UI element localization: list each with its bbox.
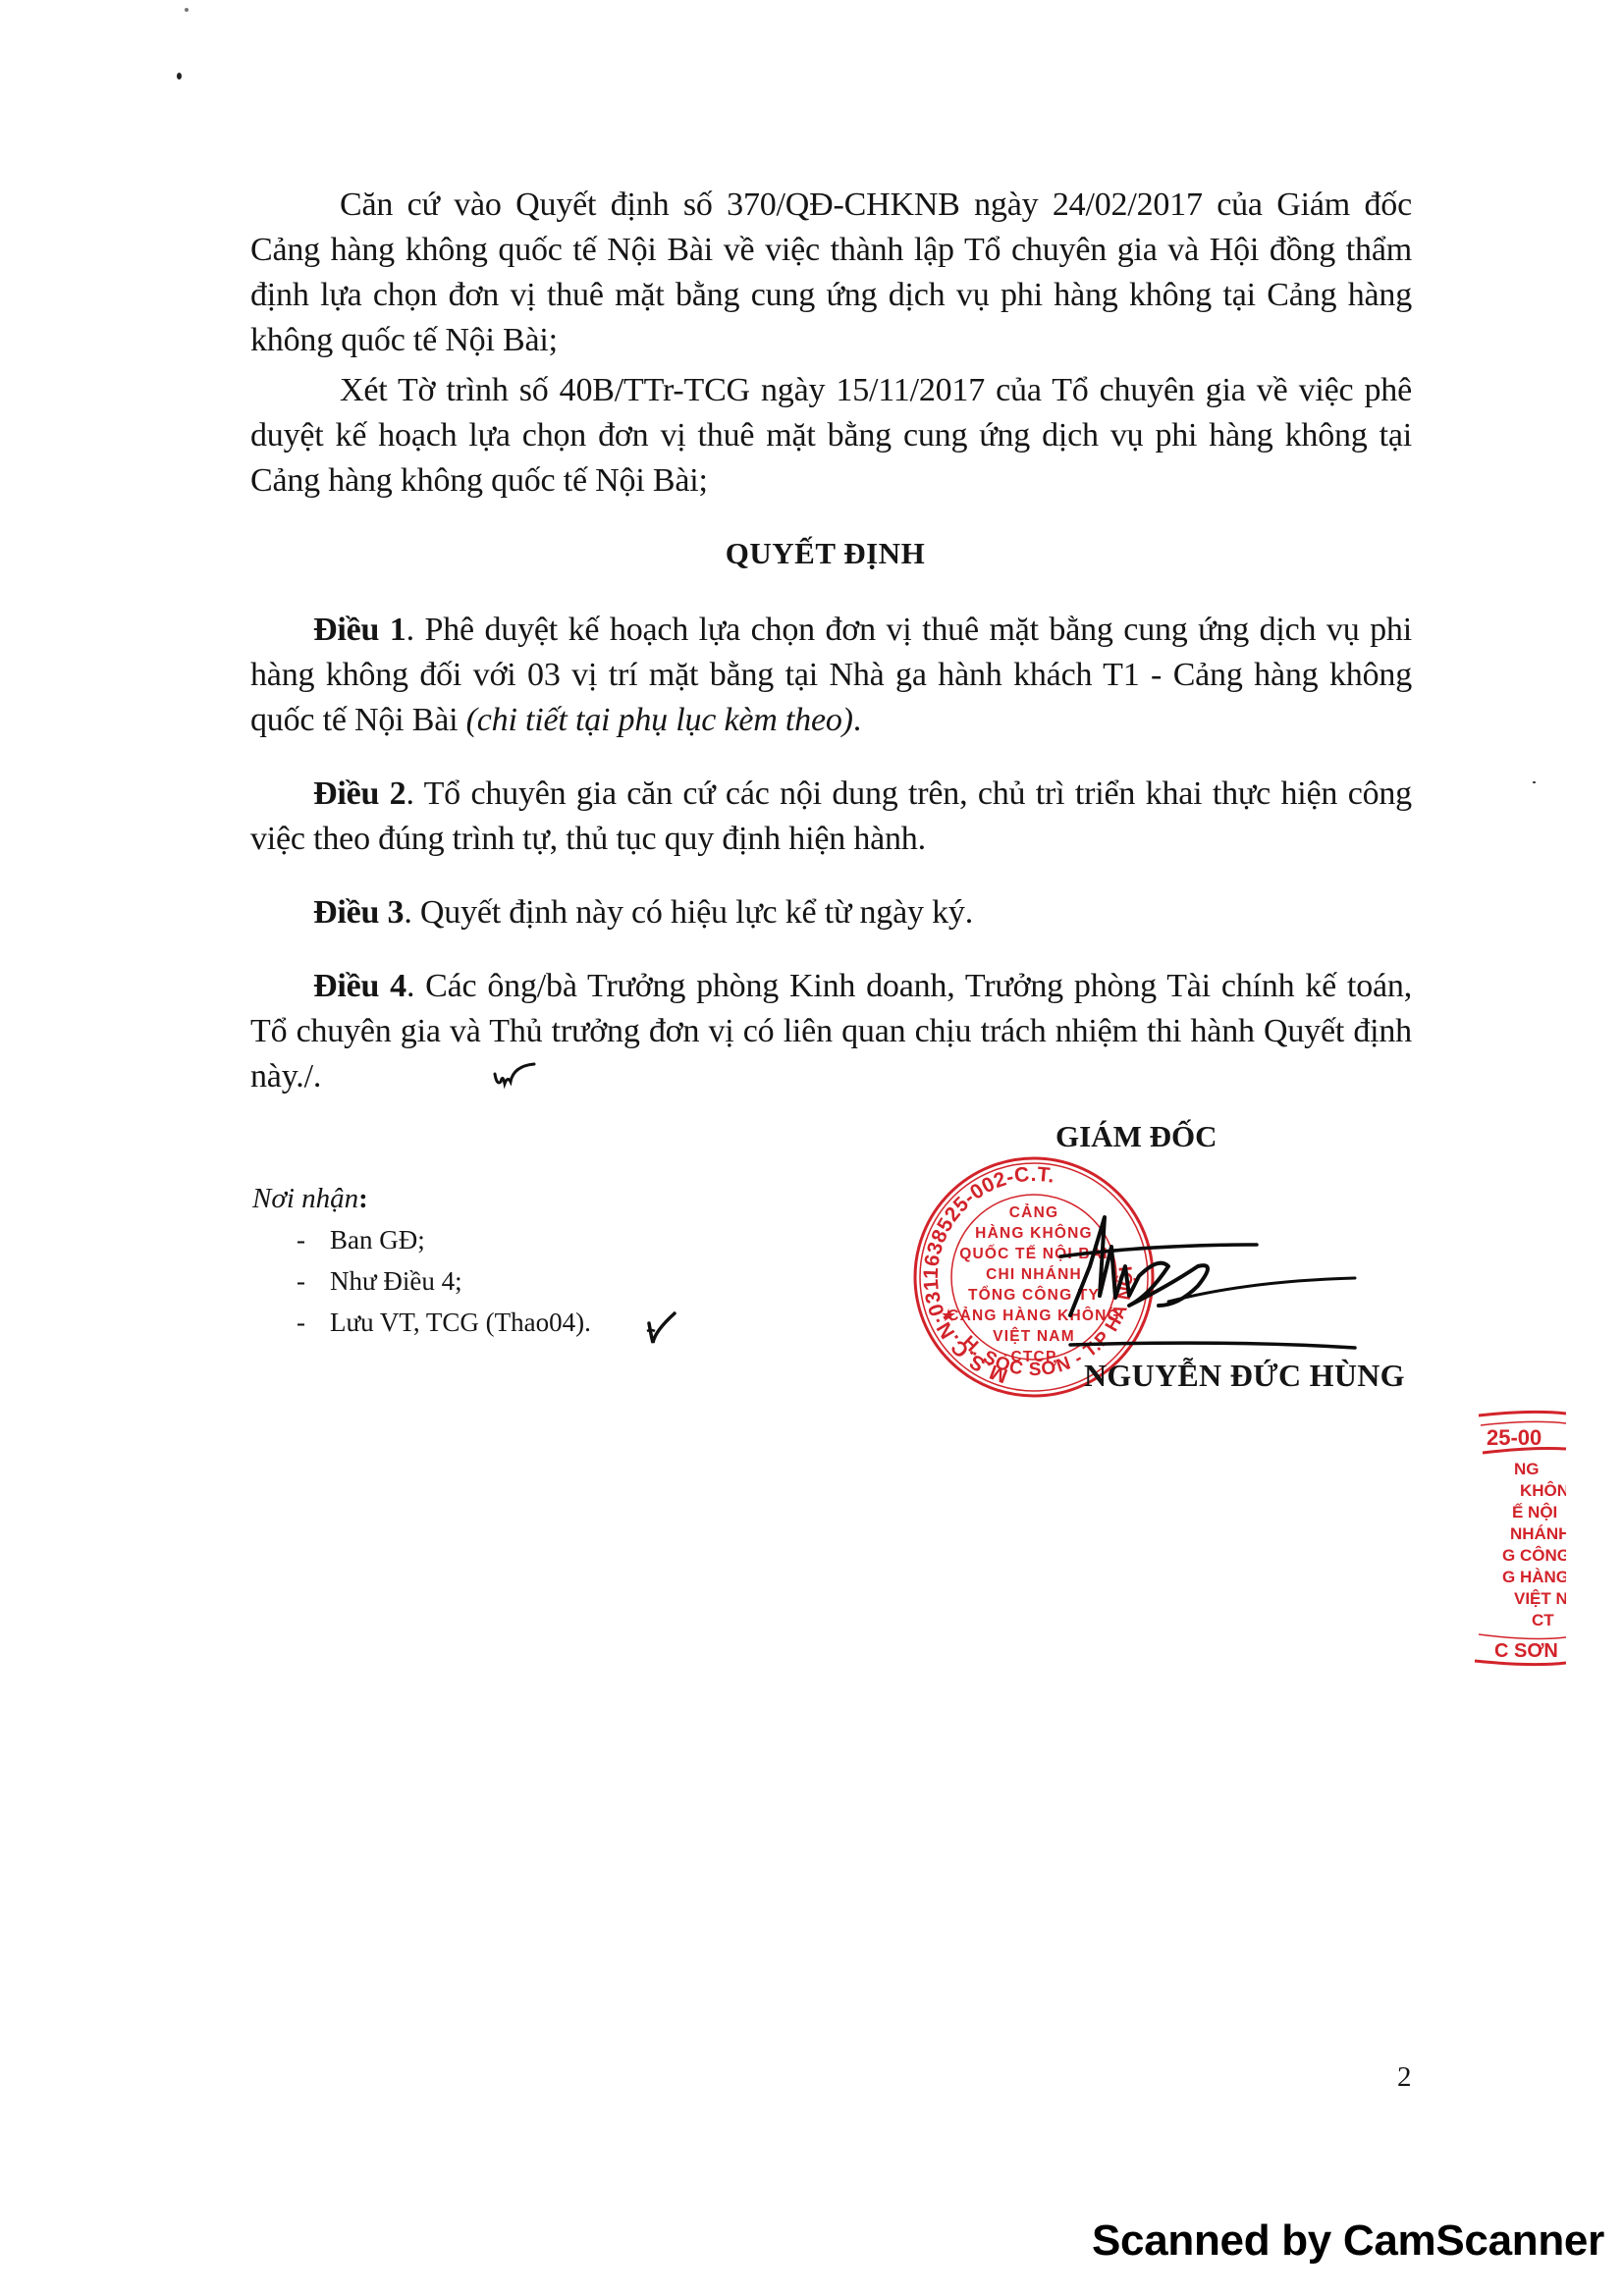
- initials-mark: [491, 1060, 540, 1092]
- signatory-name: NGUYỄN ĐỨC HÙNG: [1084, 1358, 1405, 1394]
- article-2: Điều 2. Tổ chuyên gia căn cứ các nội dun…: [250, 772, 1412, 862]
- articles: Điều 1. Phê duyệt kế hoạch lựa chọn đơn …: [250, 608, 1412, 1128]
- scan-speck: [185, 8, 189, 12]
- seal-text: VIỆT N: [1514, 1589, 1566, 1608]
- signatory-title: GIÁM ĐỐC: [1055, 1119, 1217, 1154]
- recipients-block: Nơi nhận: Ban GĐ; Như Điều 4; Lưu VT, TC…: [252, 1178, 591, 1343]
- recipients-list: Ban GĐ; Như Điều 4; Lưu VT, TCG (Thao04)…: [252, 1219, 591, 1343]
- seal-text: NG: [1514, 1460, 1540, 1478]
- seal-text: G CÔNG: [1502, 1546, 1566, 1565]
- recipient-item: Như Điều 4;: [297, 1260, 591, 1302]
- seal-text: KHÔNG: [1520, 1481, 1566, 1500]
- recipients-label-text: Nơi nhận: [252, 1183, 358, 1214]
- recipients-colon: :: [358, 1183, 368, 1214]
- seal-text: Ế NỘI: [1512, 1503, 1557, 1522]
- article-label: Điều 2: [313, 775, 406, 812]
- article-text: . Quyết định này có hiệu lực kể từ ngày …: [404, 894, 973, 931]
- scan-speck: [177, 73, 182, 80]
- article-tail: .: [853, 702, 861, 738]
- decision-heading: QUYẾT ĐỊNH: [14, 536, 1623, 571]
- scanner-watermark: Scanned by CamScanner: [1092, 2216, 1604, 2266]
- recipients-label: Nơi nhận:: [252, 1178, 591, 1219]
- preamble-paragraph: Xét Tờ trình số 40B/TTr-TCG ngày 15/11/2…: [250, 368, 1412, 504]
- seal-text: G HÀNG: [1502, 1568, 1566, 1586]
- recipient-item: Ban GĐ;: [297, 1219, 591, 1260]
- seal-text: CT: [1532, 1611, 1554, 1629]
- handwritten-signature: [1031, 1207, 1443, 1364]
- article-text: . Các ông/bà Trưởng phòng Kinh doanh, Tr…: [250, 968, 1412, 1095]
- article-text: . Tổ chuyên gia căn cứ các nội dung trên…: [250, 775, 1412, 857]
- article-label: Điều 1: [313, 612, 406, 648]
- page-number: 2: [1397, 2061, 1412, 2094]
- article-1: Điều 1. Phê duyệt kế hoạch lựa chọn đơn …: [250, 608, 1412, 743]
- article-4: Điều 4. Các ông/bà Trưởng phòng Kinh doa…: [250, 964, 1412, 1099]
- article-label: Điều 3: [313, 894, 404, 931]
- seal-text: C SƠN: [1494, 1640, 1558, 1662]
- partial-seal-icon: 25-00 NG KHÔNG Ế NỘI NHÁNH G CÔNG G HÀNG…: [1473, 1404, 1566, 1669]
- scan-speck: [1533, 781, 1536, 783]
- recipient-item: Lưu VT, TCG (Thao04).: [297, 1302, 591, 1343]
- article-note: (chi tiết tại phụ lục kèm theo): [466, 702, 853, 738]
- article-3: Điều 3. Quyết định này có hiệu lực kể từ…: [250, 890, 1412, 935]
- initials-mark: [641, 1309, 680, 1349]
- seal-text: 25-00: [1487, 1425, 1542, 1450]
- article-label: Điều 4: [313, 968, 406, 1004]
- preamble: Căn cứ vào Quyết định số 370/QĐ-CHKNB ng…: [250, 183, 1412, 504]
- preamble-paragraph: Căn cứ vào Quyết định số 370/QĐ-CHKNB ng…: [250, 183, 1412, 363]
- seal-text: NHÁNH: [1510, 1524, 1566, 1543]
